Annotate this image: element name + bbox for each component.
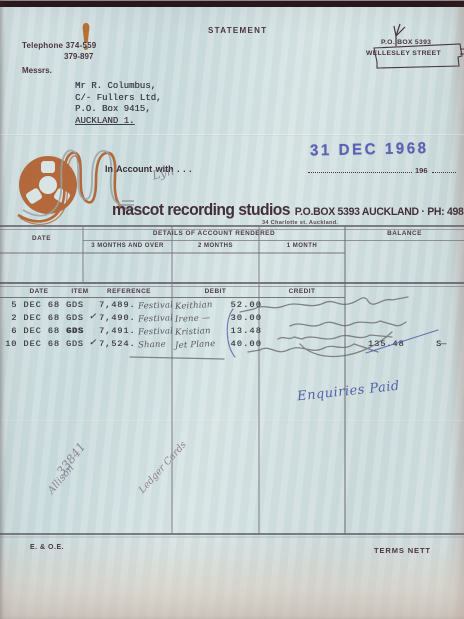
- statement-document: STATEMENT Telephone 374-559 379-897 Mess…: [0, 0, 464, 619]
- terms-label: TERMS NETT: [374, 546, 431, 555]
- signature-scrawl: [130, 297, 408, 359]
- eoe-label: E. & O.E.: [30, 544, 64, 551]
- handwritten-scrawls: [0, 0, 464, 619]
